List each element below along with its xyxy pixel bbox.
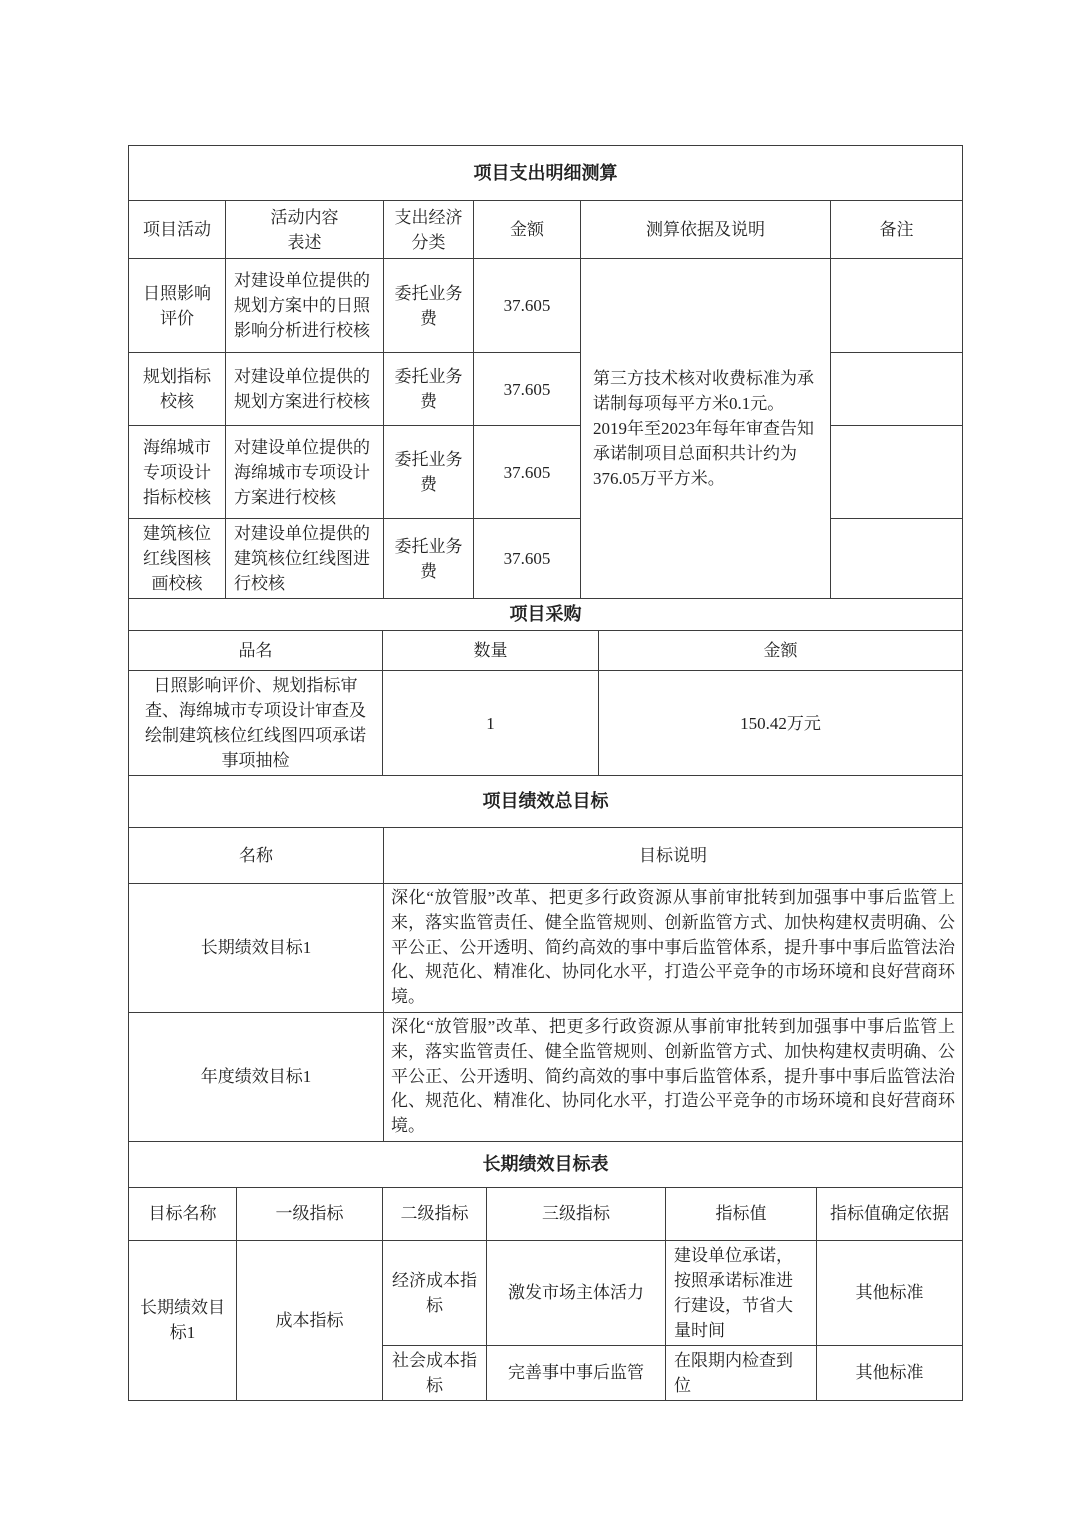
header-indicator-value: 指标值 <box>666 1187 817 1240</box>
longterm-title: 长期绩效目标表 <box>129 1141 963 1187</box>
table-row: 长期绩效目标1 成本指标 经济成本指标 激发市场主体活力 建设单位承诺，按照承诺… <box>129 1240 963 1345</box>
cell-description: 对建设单位提供的规划方案中的日照影响分析进行校核 <box>226 259 384 353</box>
procurement-title: 项目采购 <box>129 599 963 631</box>
header-goal-name: 名称 <box>129 828 384 884</box>
table-row: 日照影响评价 对建设单位提供的规划方案中的日照影响分析进行校核 委托业务费 37… <box>129 259 963 353</box>
header-activity: 项目活动 <box>129 201 226 259</box>
cell-level3: 激发市场主体活力 <box>487 1240 666 1345</box>
cell-goal-name: 长期绩效目标1 <box>129 1240 237 1400</box>
cell-level2: 社会成本指标 <box>383 1345 487 1400</box>
cell-activity: 海绵城市专项设计指标校核 <box>129 426 226 519</box>
table-row: 年度绩效目标1 深化“放管服”改革、把更多行政资源从事前审批转到加强事中事后监管… <box>129 1012 963 1141</box>
table-row: 海绵城市专项设计指标校核 对建设单位提供的海绵城市专项设计方案进行校核 委托业务… <box>129 426 963 519</box>
procurement-table: 项目采购 品名 数量 金额 日照影响评价、规划指标审查、海绵城市专项设计审查及绘… <box>128 598 963 776</box>
cell-remark <box>831 519 963 599</box>
cell-category: 委托业务费 <box>384 353 474 426</box>
cell-level2: 经济成本指标 <box>383 1240 487 1345</box>
cell-goal-description: 深化“放管服”改革、把更多行政资源从事前审批转到加强事中事后监管上来，落实监管责… <box>384 884 963 1013</box>
cell-amount: 37.605 <box>474 353 581 426</box>
expenditure-title: 项目支出明细测算 <box>129 146 963 201</box>
overall-goal-table: 项目绩效总目标 名称 目标说明 长期绩效目标1 深化“放管服”改革、把更多行政资… <box>128 775 963 1142</box>
cell-indicator-value: 建设单位承诺，按照承诺标准进行建设，节省大量时间 <box>666 1240 817 1345</box>
overall-goal-title: 项目绩效总目标 <box>129 776 963 828</box>
cell-goal-name: 长期绩效目标1 <box>129 884 384 1013</box>
cell-description: 对建设单位提供的规划方案进行校核 <box>226 353 384 426</box>
cell-indicator-value: 在限期内检查到位 <box>666 1345 817 1400</box>
cell-value-basis: 其他标准 <box>817 1345 963 1400</box>
expenditure-table: 项目支出明细测算 项目活动 活动内容 表述 支出经济 分类 金额 测算依据及说明… <box>128 145 963 599</box>
header-basis: 测算依据及说明 <box>581 201 831 259</box>
header-level2: 二级指标 <box>383 1187 487 1240</box>
cell-item-name: 日照影响评价、规划指标审查、海绵城市专项设计审查及绘制建筑核位红线图四项承诺事项… <box>129 671 383 776</box>
header-amount: 金额 <box>474 201 581 259</box>
document-sheet: 项目支出明细测算 项目活动 活动内容 表述 支出经济 分类 金额 测算依据及说明… <box>128 145 962 1401</box>
cell-activity: 日照影响评价 <box>129 259 226 353</box>
cell-description: 对建设单位提供的建筑核位红线图进行校核 <box>226 519 384 599</box>
cell-goal-description: 深化“放管服”改革、把更多行政资源从事前审批转到加强事中事后监管上来，落实监管责… <box>384 1012 963 1141</box>
header-level1: 一级指标 <box>237 1187 383 1240</box>
table-row: 日照影响评价、规划指标审查、海绵城市专项设计审查及绘制建筑核位红线图四项承诺事项… <box>129 671 963 776</box>
cell-category: 委托业务费 <box>384 259 474 353</box>
cell-value-basis: 其他标准 <box>817 1240 963 1345</box>
cell-category: 委托业务费 <box>384 519 474 599</box>
cell-amount: 37.605 <box>474 426 581 519</box>
table-row: 长期绩效目标1 深化“放管服”改革、把更多行政资源从事前审批转到加强事中事后监管… <box>129 884 963 1013</box>
cell-amount: 150.42万元 <box>599 671 963 776</box>
cell-remark <box>831 353 963 426</box>
table-row: 建筑核位红线图核画校核 对建设单位提供的建筑核位红线图进行校核 委托业务费 37… <box>129 519 963 599</box>
header-value-basis: 指标值确定依据 <box>817 1187 963 1240</box>
header-remark: 备注 <box>831 201 963 259</box>
cell-activity: 规划指标校核 <box>129 353 226 426</box>
cell-remark <box>831 259 963 353</box>
cell-level1: 成本指标 <box>237 1240 383 1400</box>
header-amount: 金额 <box>599 631 963 671</box>
header-item-name: 品名 <box>129 631 383 671</box>
cell-amount: 37.605 <box>474 519 581 599</box>
cell-amount: 37.605 <box>474 259 581 353</box>
header-level3: 三级指标 <box>487 1187 666 1240</box>
cell-category: 委托业务费 <box>384 426 474 519</box>
cell-goal-name: 年度绩效目标1 <box>129 1012 384 1141</box>
header-category: 支出经济 分类 <box>384 201 474 259</box>
header-description: 活动内容 表述 <box>226 201 384 259</box>
cell-basis: 第三方技术核对收费标准为承诺制每项每平方米0.1元。 2019年至2023年每年… <box>581 259 831 599</box>
cell-description: 对建设单位提供的海绵城市专项设计方案进行校核 <box>226 426 384 519</box>
cell-remark <box>831 426 963 519</box>
cell-quantity: 1 <box>383 671 599 776</box>
header-goal-name: 目标名称 <box>129 1187 237 1240</box>
cell-level3: 完善事中事后监管 <box>487 1345 666 1400</box>
cell-activity: 建筑核位红线图核画校核 <box>129 519 226 599</box>
table-row: 规划指标校核 对建设单位提供的规划方案进行校核 委托业务费 37.605 <box>129 353 963 426</box>
header-quantity: 数量 <box>383 631 599 671</box>
header-goal-description: 目标说明 <box>384 828 963 884</box>
longterm-goal-table: 长期绩效目标表 目标名称 一级指标 二级指标 三级指标 指标值 指标值确定依据 … <box>128 1141 963 1401</box>
